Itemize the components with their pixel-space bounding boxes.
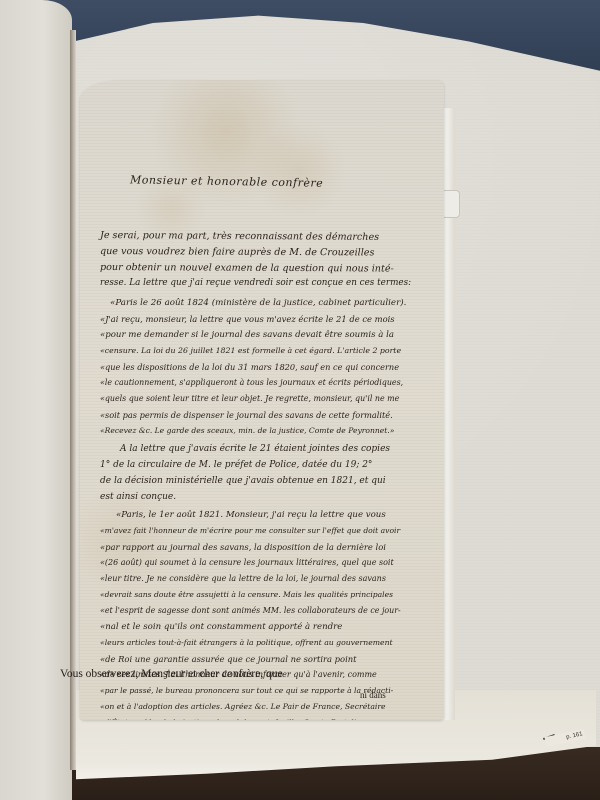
text-line: «(26 août) qui soumet à la censure les j… xyxy=(100,558,394,567)
text-line: «le cautionnement, s'appliqueront à tous… xyxy=(100,378,403,387)
text-line: «Recevez &c. Le garde des sceaux, min. d… xyxy=(100,426,394,435)
text-line: «d'État au dép. de la justice, chargé du… xyxy=(100,718,367,720)
text-line: «et l'esprit de sagesse dont sont animés… xyxy=(100,606,401,615)
text-line: A la lettre que j'avais écrite le 21 éta… xyxy=(120,444,390,454)
text-line: «de Roi une garantie assurée que ce jour… xyxy=(100,654,357,664)
text-line: «Paris, le 1er août 1821. Monsieur, j'ai… xyxy=(116,510,386,520)
book-gutter xyxy=(70,30,76,770)
letter-sheet: Monsieur et honorable confrère Je serai,… xyxy=(80,80,444,720)
text-line: resse. La lettre que j'ai reçue vendredi… xyxy=(100,278,411,288)
text-line: que vous voudrez bien faire auprès de M.… xyxy=(100,246,374,258)
text-line: «nal et le soin qu'ils ont constamment a… xyxy=(100,622,342,632)
text-line: «Paris le 26 août 1824 (ministère de la … xyxy=(110,298,406,308)
closing-line: Vous observerez, Monsieur et cher confrè… xyxy=(60,668,283,680)
text-line: «soit pas permis de dispenser le journal… xyxy=(100,410,393,420)
text-line: «on et à l'adoption des articles. Agréez… xyxy=(100,702,386,711)
text-line: pour obtenir un nouvel examen de la ques… xyxy=(100,262,394,275)
text-line: 1° de la circulaire de M. le préfet de P… xyxy=(100,460,372,470)
manuscript-photo: Monsieur et honorable confrère Je serai,… xyxy=(0,0,600,800)
letter-edge-tab xyxy=(443,190,460,218)
text-line: est ainsi conçue. xyxy=(100,492,176,502)
text-line: «censure. La loi du 26 juillet 1821 est … xyxy=(100,346,401,355)
text-line: Je serai, pour ma part, très reconnaissa… xyxy=(100,230,379,243)
text-line: «par le passé, le bureau prononcera sur … xyxy=(100,686,393,695)
text-line: «J'ai reçu, monsieur, la lettre que vous… xyxy=(100,314,395,324)
text-line: «que les dispositions de la loi du 31 ma… xyxy=(100,362,399,372)
text-line: «m'avez fait l'honneur de m'écrire pour … xyxy=(100,526,400,535)
text-line: «pour me demander si le journal des sava… xyxy=(100,330,394,340)
closing-continuation: ni dans xyxy=(360,690,386,700)
text-line: «leurs articles tout-à-fait étrangers à … xyxy=(100,638,393,647)
text-line: «quels que soient leur titre et leur obj… xyxy=(100,394,399,403)
text-line: «par rapport au journal des savans, la d… xyxy=(100,542,386,552)
salutation: Monsieur et honorable confrère xyxy=(130,173,323,189)
text-line: «devrait sans doute être assujetti à la … xyxy=(100,590,393,599)
left-book-page xyxy=(0,0,72,800)
text-line: de la décision ministérielle que j'avais… xyxy=(100,476,386,486)
text-line: «leur titre. Je ne considère que la lett… xyxy=(100,574,386,583)
